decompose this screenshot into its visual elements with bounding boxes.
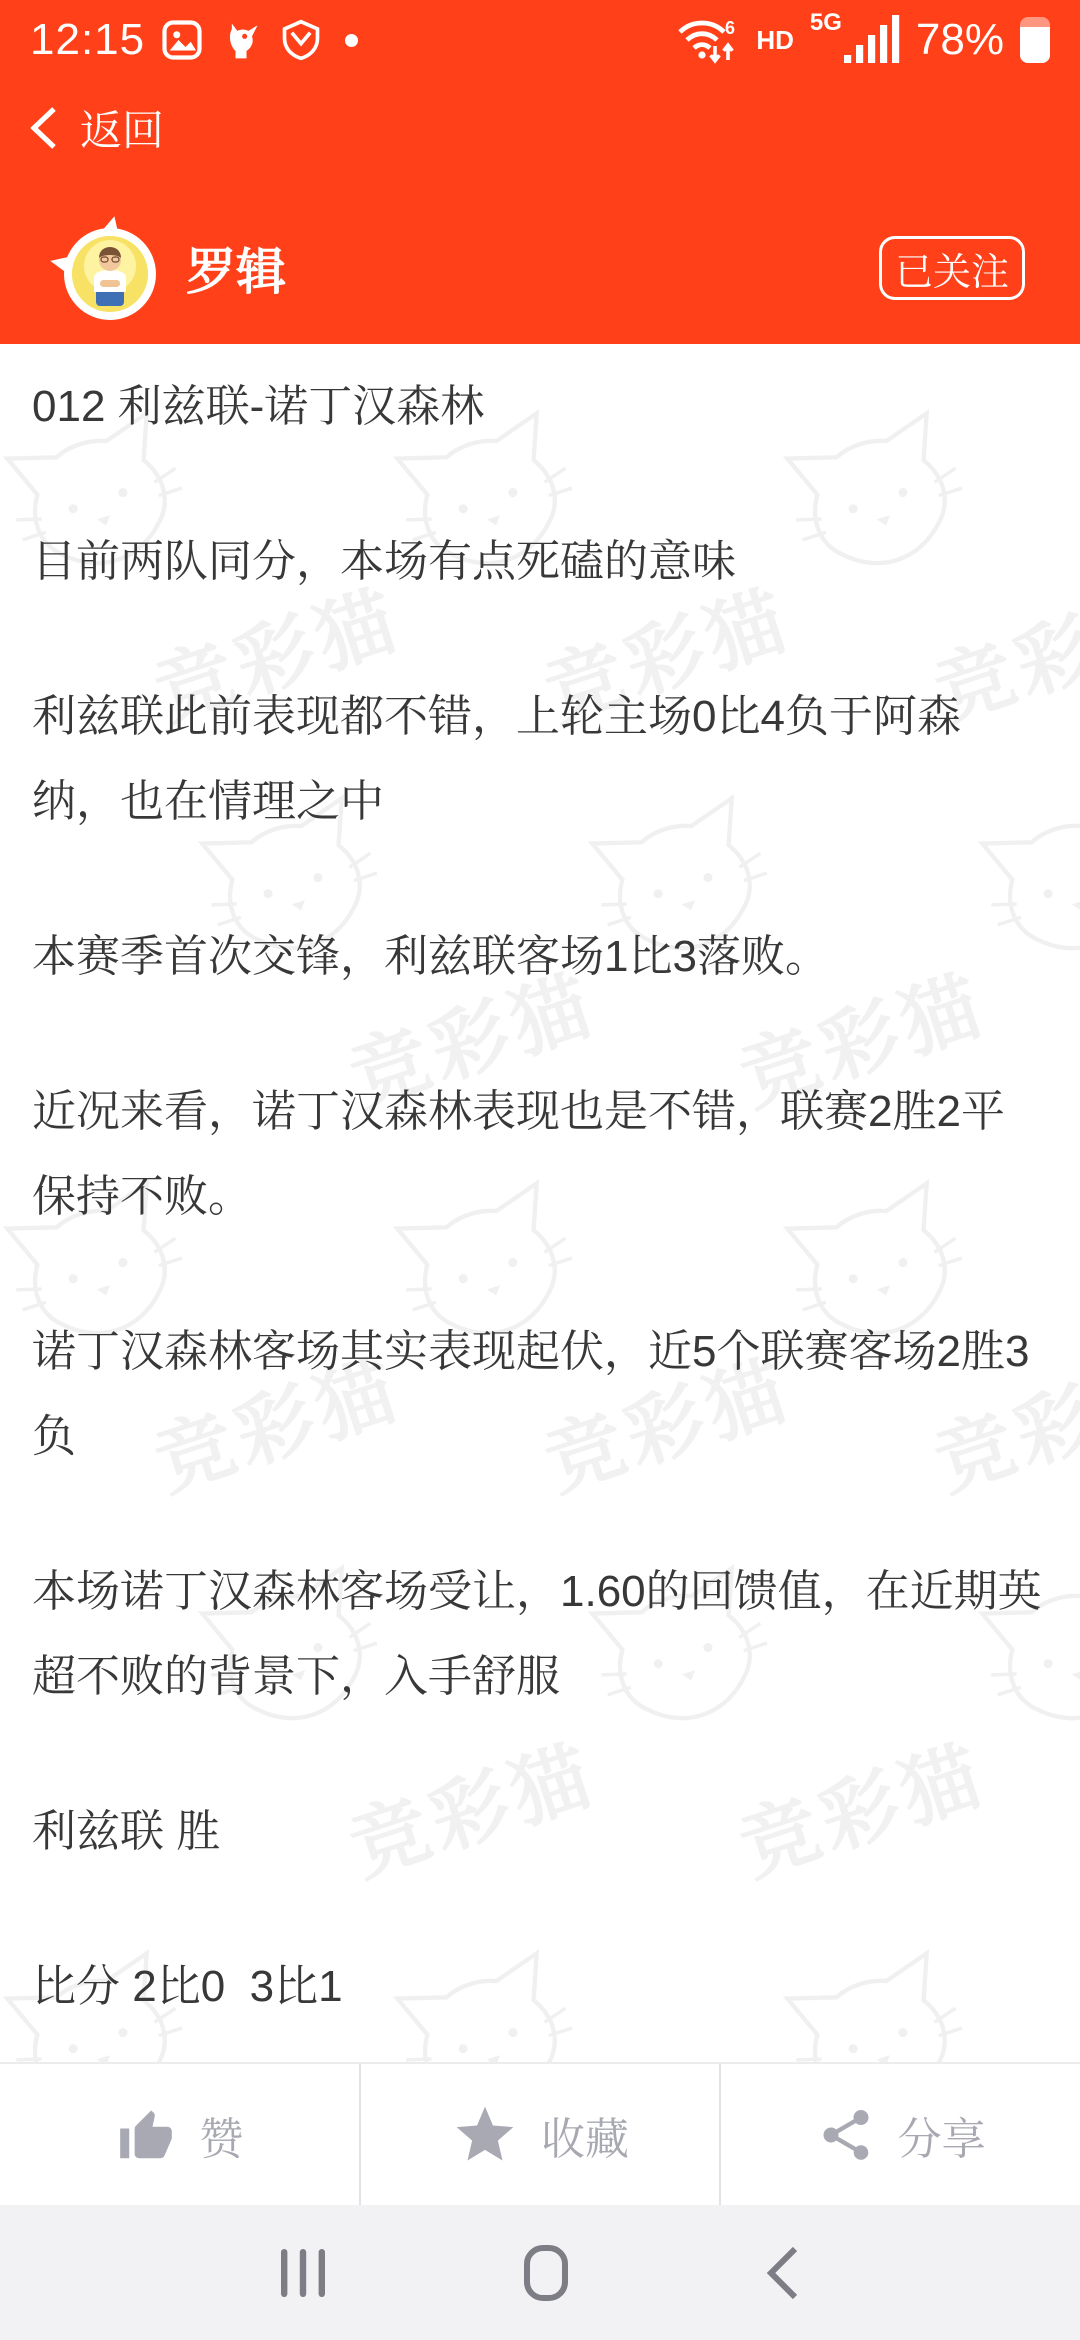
notification-dot-icon bbox=[345, 34, 358, 47]
thumbs-up-icon bbox=[115, 2104, 177, 2166]
avatar[interactable] bbox=[64, 228, 156, 320]
star-icon bbox=[451, 2101, 519, 2169]
bottom-action-bar: 赞 收藏 分享 bbox=[0, 2062, 1080, 2205]
favorite-button[interactable]: 收藏 bbox=[359, 2064, 720, 2205]
recents-icon bbox=[277, 2247, 329, 2299]
status-bar: 12:15 6 bbox=[0, 12, 1080, 68]
author-row: 罗辑 已关注 bbox=[0, 196, 1080, 344]
article-paragraph: 本场诺丁汉森林客场受让，1.60的回馈值，在近期英超不败的背景下，入手舒服 bbox=[32, 1549, 1048, 1719]
article-paragraph: 利兹联 胜 bbox=[32, 1789, 1048, 1874]
network-type-label: 5G bbox=[810, 9, 842, 37]
share-button[interactable]: 分享 bbox=[719, 2064, 1080, 2205]
home-button[interactable] bbox=[523, 2244, 569, 2302]
favorite-label: 收藏 bbox=[541, 2103, 629, 2167]
recents-button[interactable] bbox=[277, 2247, 329, 2299]
article-paragraph: 本赛季首次交锋，利兹联客场1比3落败。 bbox=[32, 914, 1048, 999]
back-chevron-icon bbox=[28, 105, 60, 151]
article-body: 012 利兹联-诺丁汉森林目前两队同分，本场有点死磕的意味利兹联此前表现都不错，… bbox=[0, 344, 1080, 2062]
share-icon bbox=[816, 2105, 876, 2165]
like-label: 赞 bbox=[199, 2103, 243, 2167]
article-paragraph: 利兹联此前表现都不错，上轮主场0比4负于阿森纳，也在情理之中 bbox=[32, 674, 1048, 844]
wifi-icon: 6 bbox=[674, 14, 740, 66]
like-button[interactable]: 赞 bbox=[0, 2064, 359, 2205]
hd-badge: HD bbox=[756, 25, 794, 56]
followed-button[interactable]: 已关注 bbox=[879, 236, 1025, 300]
back-label: 返回 bbox=[80, 98, 164, 158]
app-header: 12:15 6 bbox=[0, 0, 1080, 344]
share-label: 分享 bbox=[898, 2103, 986, 2167]
battery-percent: 78% bbox=[916, 15, 1004, 65]
status-time: 12:15 bbox=[30, 15, 145, 65]
article-paragraph: 诺丁汉森林客场其实表现起伏，近5个联赛客场2胜3负 bbox=[32, 1309, 1048, 1479]
signal-icon: 5G bbox=[810, 15, 900, 65]
home-icon bbox=[523, 2244, 569, 2302]
article-paragraph: 012 利兹联-诺丁汉森林 bbox=[32, 364, 1048, 449]
article-paragraph: 目前两队同分，本场有点死磕的意味 bbox=[32, 519, 1048, 604]
avatar-image bbox=[72, 236, 148, 312]
article-paragraph: 近况来看，诺丁汉森林表现也是不错，联赛2胜2平保持不败。 bbox=[32, 1069, 1048, 1239]
shield-icon bbox=[279, 17, 323, 63]
mascot-app-icon bbox=[219, 17, 263, 63]
article-content: 竞彩猫竞彩猫竞彩猫竞彩猫竞彩猫竞彩猫竞彩猫竞彩猫竞彩猫竞彩猫竞彩猫竞彩猫竞彩猫竞… bbox=[0, 344, 1080, 2062]
nav-back-button[interactable] bbox=[763, 2245, 803, 2301]
article-paragraph: 比分 2比0 3比1 bbox=[32, 1944, 1048, 2029]
android-nav-bar bbox=[0, 2205, 1080, 2340]
author-name: 罗辑 bbox=[186, 232, 286, 304]
gallery-icon bbox=[161, 19, 203, 61]
battery-icon bbox=[1020, 17, 1050, 63]
wifi6-label: 6 bbox=[725, 18, 735, 38]
nav-back-icon bbox=[763, 2245, 803, 2301]
back-button[interactable]: 返回 bbox=[28, 98, 164, 158]
